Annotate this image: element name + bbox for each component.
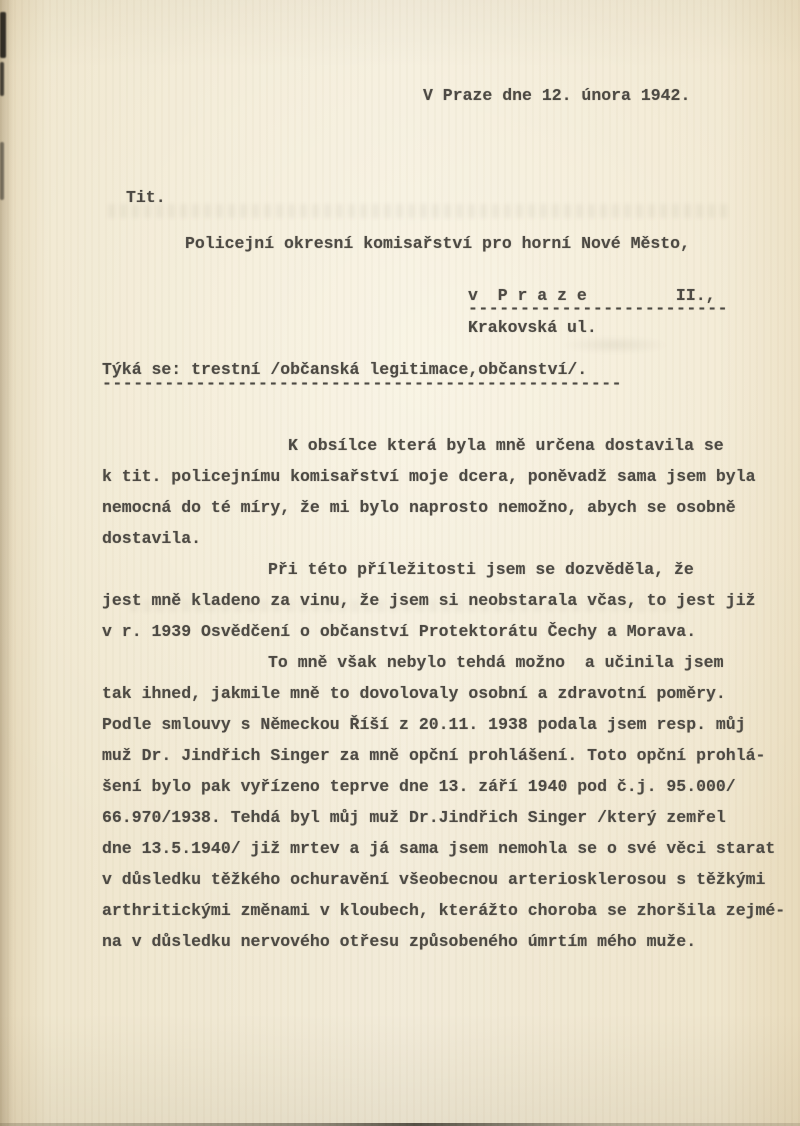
body-line: k tit. policejnímu komisařství moje dcer… xyxy=(102,461,792,492)
subject-underline: ----------------------------------------… xyxy=(102,374,622,394)
scan-edge-mark xyxy=(0,62,4,96)
recipient-street-line: Krakovská ul. xyxy=(468,318,597,338)
recipient-line: Policejní okresní komisařství pro horní … xyxy=(185,234,690,254)
body-line: K obsílce která byla mně určena dostavil… xyxy=(102,430,792,461)
body-line: šení bylo pak vyřízeno teprve dne 13. zá… xyxy=(102,771,792,802)
salutation: Tit. xyxy=(126,188,166,208)
body-line: arthritickými změnami v kloubech, kteráž… xyxy=(102,895,792,926)
body-line: tak ihned, jakmile mně to dovolovaly oso… xyxy=(102,678,792,709)
body-line: 66.970/1938. Tehdá byl můj muž Dr.Jindři… xyxy=(102,802,792,833)
body-line: muž Dr. Jindřich Singer za mně opční pro… xyxy=(102,740,792,771)
scan-edge-mark xyxy=(0,12,6,58)
letter-body: K obsílce která byla mně určena dostavil… xyxy=(102,430,792,957)
date-line: V Praze dne 12. února 1942. xyxy=(423,86,690,106)
recipient-city-underline: ------------------------- xyxy=(468,299,728,319)
body-line: v r. 1939 Osvědčení o občanství Protekto… xyxy=(102,616,792,647)
body-line: jest mně kladeno za vinu, že jsem si neo… xyxy=(102,585,792,616)
scan-edge-mark xyxy=(0,142,4,200)
bleedthrough-smudge xyxy=(108,204,728,218)
body-line: v důsledku těžkého ochuravění všeobecnou… xyxy=(102,864,792,895)
body-line: na v důsledku nervového otřesu způsobené… xyxy=(102,926,792,957)
bleedthrough-smudge xyxy=(560,336,670,354)
body-line: Podle smlouvy s Německou Říší z 20.11. 1… xyxy=(102,709,792,740)
body-line: Při této příležitosti jsem se dozvěděla,… xyxy=(102,554,792,585)
body-line: To mně však nebylo tehdá možno a učinila… xyxy=(102,647,792,678)
body-line: dostavila. xyxy=(102,523,792,554)
body-line: dne 13.5.1940/ již mrtev a já sama jsem … xyxy=(102,833,792,864)
scanned-letter-page: V Praze dne 12. února 1942. Tit. Policej… xyxy=(0,0,800,1126)
body-line: nemocná do té míry, že mi bylo naprosto … xyxy=(102,492,792,523)
